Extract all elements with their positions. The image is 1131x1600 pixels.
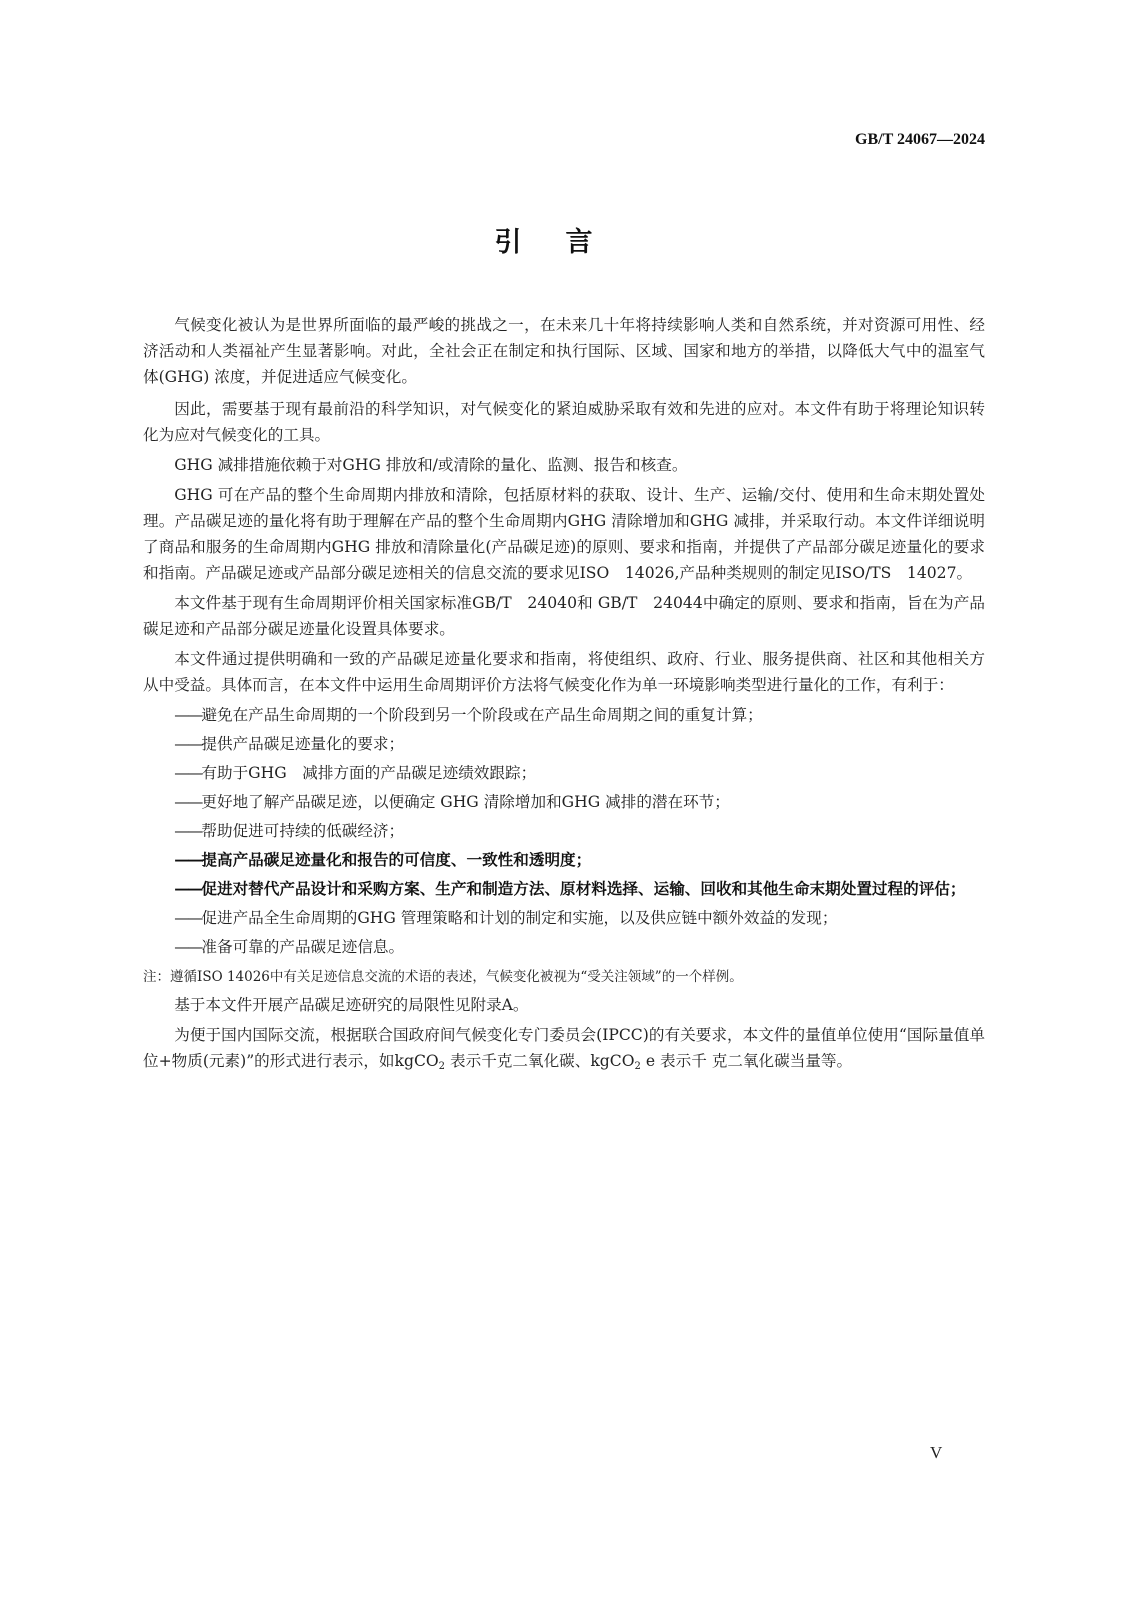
list-item: ——避免在产品生命周期的一个阶段到另一个阶段或在产品生命周期之间的重复计算；: [174, 702, 985, 728]
list-item: ——促进对替代产品设计和采购方案、生产和制造方法、原材料选择、运输、回收和其他生…: [174, 876, 985, 902]
list-item: ——提供产品碳足迹量化的要求；: [174, 731, 985, 757]
benefit-list: ——避免在产品生命周期的一个阶段到另一个阶段或在产品生命周期之间的重复计算； —…: [143, 702, 985, 960]
paragraph-4: GHG 可在产品的整个生命周期内排放和清除，包括原材料的获取、设计、生产、运输/…: [143, 482, 985, 586]
dash-bullet: ——: [174, 938, 201, 956]
list-item: ——有助于GHG 减排方面的产品碳足迹绩效跟踪；: [174, 760, 985, 786]
dash-bullet: ——: [174, 879, 201, 898]
dash-bullet: ——: [174, 793, 201, 811]
dash-bullet: ——: [174, 909, 201, 927]
annex-reference: 基于本文件开展产品碳足迹研究的局限性见附录A。: [143, 992, 985, 1018]
paragraph-2: 因此，需要基于现有最前沿的科学知识，对气候变化的紧迫威胁采取有效和先进的应对。本…: [143, 396, 985, 448]
list-item: ——促进产品全生命周期的GHG 管理策略和计划的制定和实施，以及供应链中额外效益…: [174, 905, 985, 931]
paragraph-5: 本文件基于现有生命周期评价相关国家标准GB/T 24040和 GB/T 2404…: [143, 590, 985, 642]
units-paragraph: 为便于国内国际交流，根据联合国政府间气候变化专门委员会(IPCC)的有关要求，本…: [143, 1022, 985, 1080]
paragraph-6: 本文件通过提供明确和一致的产品碳足迹量化要求和指南，将使组织、政府、行业、服务提…: [143, 646, 985, 698]
dash-bullet: ——: [174, 850, 201, 869]
dash-bullet: ——: [174, 822, 201, 840]
dash-bullet: ——: [174, 764, 201, 782]
paragraph-3: GHG 减排措施依赖于对GHG 排放和/或清除的量化、监测、报告和核查。: [143, 452, 985, 478]
list-item: ——帮助促进可持续的低碳经济；: [174, 818, 985, 844]
dash-bullet: ——: [174, 706, 201, 724]
list-item: ——更好地了解产品碳足迹，以便确定 GHG 清除增加和GHG 减排的潜在环节；: [174, 789, 985, 815]
list-item: ——提高产品碳足迹量化和报告的可信度、一致性和透明度；: [174, 847, 985, 873]
standard-code: GB/T 24067—2024: [855, 131, 985, 149]
dash-bullet: ——: [174, 735, 201, 753]
paragraph-1: 气候变化被认为是世界所面临的最严峻的挑战之一，在未来几十年将持续影响人类和自然系…: [143, 312, 985, 390]
page-number: V: [930, 1443, 942, 1463]
document-body: 气候变化被认为是世界所面临的最严峻的挑战之一，在未来几十年将持续影响人类和自然系…: [143, 312, 985, 1084]
note: 注：遵循ISO 14026中有关足迹信息交流的术语的表述，气候变化被视为“受关注…: [143, 964, 985, 990]
list-item: ——准备可靠的产品碳足迹信息。: [174, 934, 985, 960]
page-title: 引言: [0, 220, 1131, 259]
